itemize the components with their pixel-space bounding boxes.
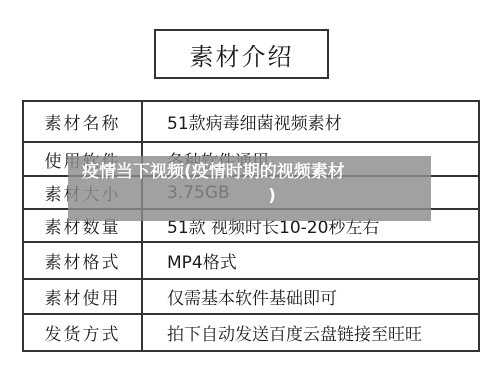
table-row: 素材使用 仅需基本软件基础即可 bbox=[23, 279, 479, 314]
row-label: 素材名称 bbox=[23, 101, 142, 142]
page-title: 素材介绍 bbox=[154, 29, 329, 79]
caption-line-1: 疫情当下视频(疫情时期的视频素材 bbox=[82, 162, 345, 182]
table-row: 发货方式 拍下自动发送百度云盘链接至旺旺 bbox=[23, 314, 479, 351]
table-row: 素材名称 51款病毒细菌视频素材 bbox=[23, 101, 479, 142]
row-value: 仅需基本软件基础即可 bbox=[142, 279, 479, 314]
caption-overlay: 疫情当下视频(疫情时期的视频素材 ) bbox=[82, 160, 422, 208]
spec-table: 素材名称 51款病毒细菌视频素材 使用软件 各种软件通用 素材大小 3.75GB… bbox=[22, 100, 480, 352]
row-label: 发货方式 bbox=[23, 314, 142, 351]
caption-line-2: ) bbox=[82, 184, 422, 208]
row-value: 51款病毒细菌视频素材 bbox=[142, 101, 479, 142]
table-row: 素材格式 MP4格式 bbox=[23, 242, 479, 279]
row-value: 拍下自动发送百度云盘链接至旺旺 bbox=[142, 314, 479, 351]
row-value: MP4格式 bbox=[142, 242, 479, 279]
row-label: 素材使用 bbox=[23, 279, 142, 314]
row-label: 素材格式 bbox=[23, 242, 142, 279]
